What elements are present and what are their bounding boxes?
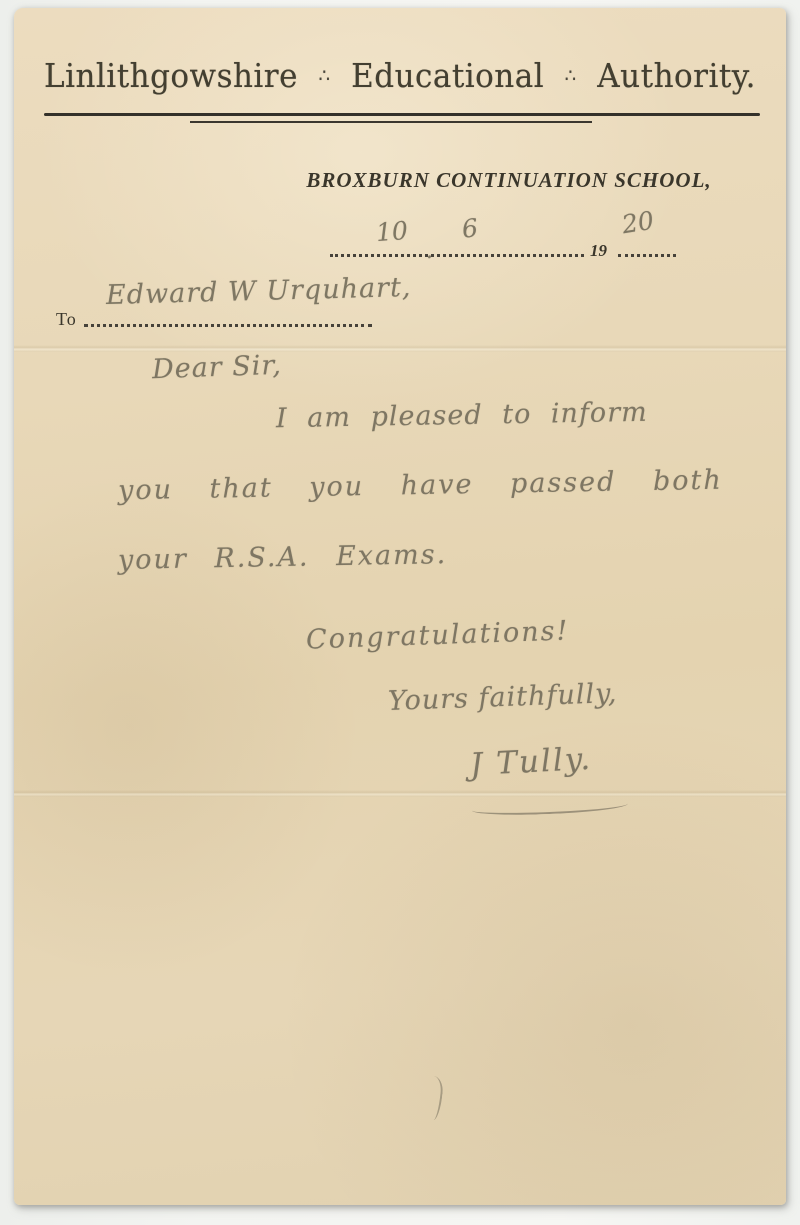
- handwritten-recipient-name: Edward W Urquhart,: [106, 272, 412, 311]
- letterhead-rule-long: [44, 113, 760, 116]
- handwritten-month: 6: [461, 213, 480, 244]
- printed-year-prefix: 19: [590, 241, 607, 261]
- date-dotted-rule-right: [618, 254, 676, 257]
- signature-underline-flourish: [472, 797, 628, 816]
- title-word-linlithgowshire: Linlithgowshire: [44, 56, 298, 95]
- handwritten-year-suffix: 20: [620, 206, 656, 240]
- school-name-line: BROXBURN CONTINUATION SCHOOL,: [284, 168, 734, 193]
- title-word-educational: Educational: [351, 56, 544, 95]
- recipient-dotted-rule: [84, 324, 372, 327]
- date-line: 19 10 . 6 20: [330, 220, 678, 260]
- title-word-authority: Authority.: [597, 56, 756, 95]
- letter-paper: Linlithgowshire ∴ Educational ∴ Authorit…: [14, 8, 786, 1205]
- therefore-dots-separator-icon: ∴: [565, 65, 577, 87]
- recipient-line: To Edward W Urquhart,: [56, 296, 436, 332]
- body-line-2: you that you have passed both: [118, 465, 723, 507]
- date-dotted-rule-left: [330, 254, 584, 257]
- authority-letterhead-title: Linlithgowshire ∴ Educational ∴ Authorit…: [37, 56, 763, 95]
- body-line-1: I am pleased to inform: [276, 397, 648, 434]
- therefore-dots-separator-icon: ∴: [319, 65, 331, 87]
- salutation: Dear Sir,: [151, 350, 282, 386]
- stray-pencil-mark: [423, 1075, 445, 1121]
- body-line-3: your R.S.A. Exams.: [118, 539, 448, 576]
- congratulations-line: Congratulations!: [306, 615, 570, 655]
- valediction-line: Yours faithfully,: [388, 678, 618, 717]
- paper-fold-crease-lower: [14, 790, 786, 797]
- letterhead-rule-short: [190, 121, 592, 123]
- paper-fold-crease-upper: [14, 345, 786, 352]
- handwritten-date-separator: .: [426, 239, 433, 264]
- signature: J Tully.: [469, 741, 593, 783]
- to-label: To: [56, 309, 77, 330]
- handwritten-day: 10: [375, 216, 409, 247]
